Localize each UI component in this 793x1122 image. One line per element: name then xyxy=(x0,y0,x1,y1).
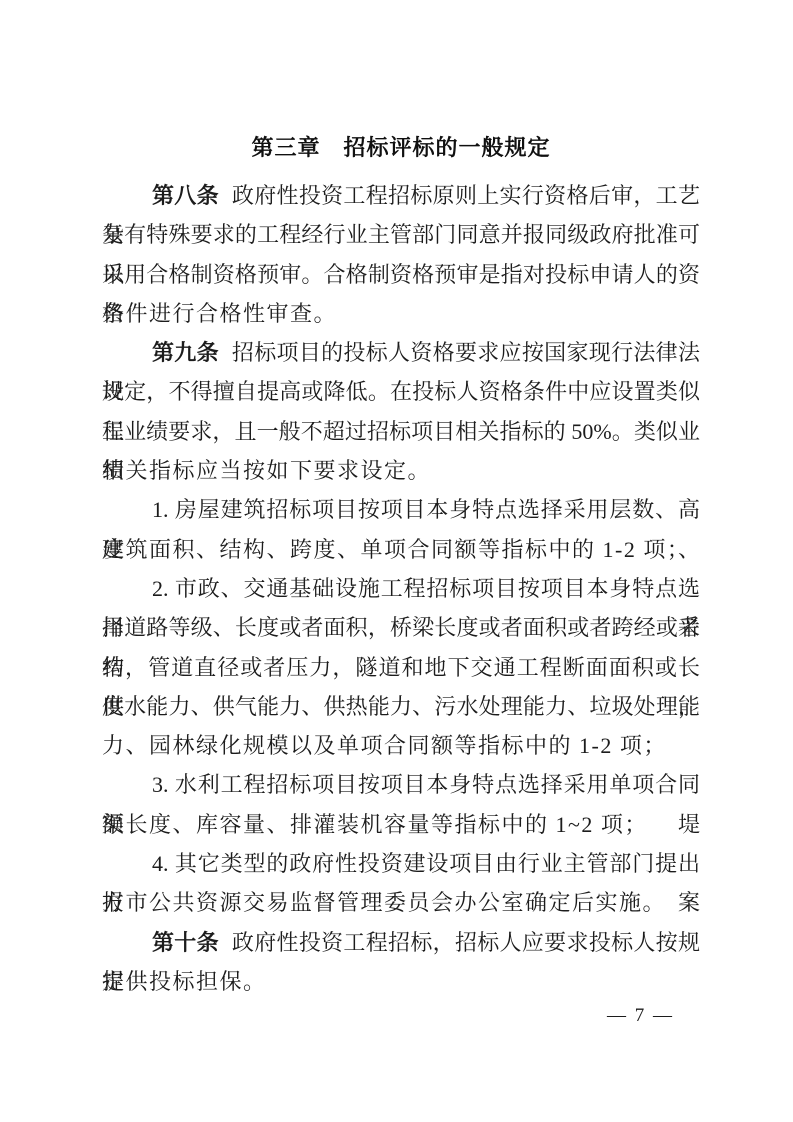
document-body: 第八条政府性投资工程招标原则上实行资格后审，工艺复 杂有特殊要求的工程经行业主管… xyxy=(102,176,700,1001)
line-text: 建筑面积、结构、跨度、单项合同额等指标中的 1-2 项； xyxy=(102,537,690,562)
text-line: 设定，不得擅自提高或降低。在投标人资格条件中应设置类似工 xyxy=(102,372,700,411)
text-line: 构，管道直径或者压力，隧道和地下交通工程断面面积或长度， xyxy=(102,648,700,687)
text-line: 用道路等级、长度或者面积，桥梁长度或者面积或者跨经或者结 xyxy=(102,608,700,647)
article-number: 第八条 xyxy=(152,183,219,208)
line-text: 力、园林绿化规模以及单项合同额等指标中的 1-2 项； xyxy=(102,733,667,758)
article-number: 第十条 xyxy=(152,930,219,955)
text-line: 渠长度、库容量、排灌装机容量等指标中的 1~2 项； xyxy=(102,805,700,844)
article-number: 第九条 xyxy=(152,340,219,365)
text-line: 第八条政府性投资工程招标原则上实行资格后审，工艺复 xyxy=(102,176,700,215)
line-text: 条件进行合格性审查。 xyxy=(102,301,337,326)
text-line: 程业绩要求，且一般不超过招标项目相关指标的 50%。类似业绩 xyxy=(102,412,700,451)
text-line: 第九条招标项目的投标人资格要求应按国家现行法律法规 xyxy=(102,333,700,372)
text-line: 第十条政府性投资工程招标，招标人应要求投标人按规定 xyxy=(102,923,700,962)
text-line: 采用合格制资格预审。合格制资格预审是指对投标申请人的资格 xyxy=(102,255,700,294)
text-line: 供水能力、供气能力、供热能力、污水处理能力、垃圾处理能 xyxy=(102,687,700,726)
text-line: 杂有特殊要求的工程经行业主管部门同意并报同级政府批准可以 xyxy=(102,215,700,254)
text-line: 提供投标担保。 xyxy=(102,962,700,1001)
line-text: 报市公共资源交易监督管理委员会办公室确定后实施。 xyxy=(102,890,666,915)
line-text: 相关指标应当按如下要求设定。 xyxy=(102,458,431,483)
chapter-heading: 第三章 招标评标的一般规定 xyxy=(102,131,700,165)
text-line: 相关指标应当按如下要求设定。 xyxy=(102,451,700,490)
text-line: 条件进行合格性审查。 xyxy=(102,294,700,333)
line-text: 供水能力、供气能力、供热能力、污水处理能力、垃圾处理能 xyxy=(102,694,700,719)
text-line: 建筑面积、结构、跨度、单项合同额等指标中的 1-2 项； xyxy=(102,530,700,569)
text-line: 4. 其它类型的政府性投资建设项目由行业主管部门提出方案 xyxy=(102,844,700,883)
line-text: 渠长度、库容量、排灌装机容量等指标中的 1~2 项； xyxy=(102,812,648,837)
document-page: 第三章 招标评标的一般规定 第八条政府性投资工程招标原则上实行资格后审，工艺复 … xyxy=(0,0,793,1122)
page-number: — 7 — xyxy=(102,1003,674,1029)
line-text: 提供投标担保。 xyxy=(102,969,267,994)
text-line: 报市公共资源交易监督管理委员会办公室确定后实施。 xyxy=(102,883,700,922)
text-line: 2. 市政、交通基础设施工程招标项目按项目本身特点选择采 xyxy=(102,569,700,608)
text-line: 3. 水利工程招标项目按项目本身特点选择采用单项合同额堤 xyxy=(102,765,700,804)
text-line: 力、园林绿化规模以及单项合同额等指标中的 1-2 项； xyxy=(102,726,700,765)
text-line: 1. 房屋建筑招标项目按项目本身特点选择采用层数、高度、 xyxy=(102,490,700,529)
